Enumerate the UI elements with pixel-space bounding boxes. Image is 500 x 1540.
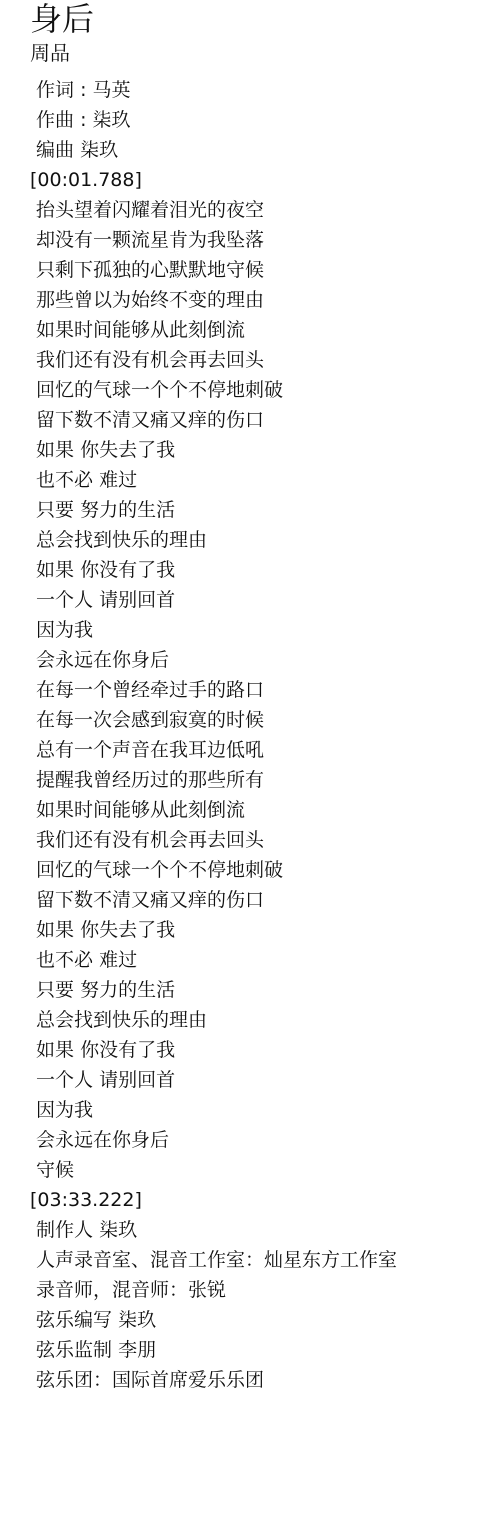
lyric-line: 如果时间能够从此刻倒流 [30, 795, 500, 825]
lyrics-body: 作词 : 马英 作曲 : 柒玖 编曲 柒玖[00:01.788] 抬头望着闪耀着… [30, 75, 500, 1395]
lyric-line: 弦乐团：国际首席爱乐乐团 [30, 1365, 500, 1395]
lyric-line: 制作人 柒玖 [30, 1215, 500, 1245]
lyric-line: 会永远在你身后 [30, 645, 500, 675]
lyric-line: 弦乐编写 柒玖 [30, 1305, 500, 1335]
lyric-line: 在每一个曾经牵过手的路口 [30, 675, 500, 705]
lyric-line: 录音师，混音师：张锐 [30, 1275, 500, 1305]
lyric-line: 留下数不清又痛又痒的伤口 [30, 405, 500, 435]
lyric-line: 作曲 : 柒玖 [30, 105, 500, 135]
lyric-line: 那些曾以为始终不变的理由 [30, 285, 500, 315]
lyric-line: 在每一次会感到寂寞的时候 [30, 705, 500, 735]
lyric-line: 回忆的气球一个个不停地刺破 [30, 375, 500, 405]
lyric-line: 弦乐监制 李朋 [30, 1335, 500, 1365]
lyric-line: 抬头望着闪耀着泪光的夜空 [30, 195, 500, 225]
lyric-line: 总有一个声音在我耳边低吼 [30, 735, 500, 765]
lyric-line: 如果 你失去了我 [30, 435, 500, 465]
lyric-line: 我们还有没有机会再去回头 [30, 825, 500, 855]
lyric-line: 却没有一颗流星肯为我坠落 [30, 225, 500, 255]
lyric-line: 回忆的气球一个个不停地刺破 [30, 855, 500, 885]
lyric-line: 也不必 难过 [30, 465, 500, 495]
lyric-line: 只剩下孤独的心默默地守候 [30, 255, 500, 285]
lyric-line: 作词 : 马英 [30, 75, 500, 105]
lyric-line: 留下数不清又痛又痒的伤口 [30, 885, 500, 915]
lyric-line: 只要 努力的生活 [30, 975, 500, 1005]
lyric-line: 总会找到快乐的理由 [30, 1005, 500, 1035]
lyric-line: 守候 [30, 1155, 500, 1185]
lyric-line: [03:33.222] [30, 1185, 500, 1215]
lyric-line: 如果 你没有了我 [30, 1035, 500, 1065]
lyric-line: 提醒我曾经历过的那些所有 [30, 765, 500, 795]
lyric-line: 如果 你失去了我 [30, 915, 500, 945]
lyric-line: 一个人 请别回首 [30, 1065, 500, 1095]
lyric-line: [00:01.788] [30, 165, 500, 195]
lyric-line: 因为我 [30, 1095, 500, 1125]
lyric-line: 总会找到快乐的理由 [30, 525, 500, 555]
artist-name: 周品 [30, 38, 500, 68]
lyric-line: 也不必 难过 [30, 945, 500, 975]
lyric-line: 人声录音室、混音工作室：灿星东方工作室 [30, 1245, 500, 1275]
lyric-line: 如果时间能够从此刻倒流 [30, 315, 500, 345]
lyrics-page: 身后 周品 作词 : 马英 作曲 : 柒玖 编曲 柒玖[00:01.788] 抬… [0, 0, 500, 1395]
song-title: 身后 [30, 0, 500, 38]
lyric-line: 只要 努力的生活 [30, 495, 500, 525]
lyric-line: 会永远在你身后 [30, 1125, 500, 1155]
lyric-line: 一个人 请别回首 [30, 585, 500, 615]
lyric-line: 编曲 柒玖 [30, 135, 500, 165]
lyric-line: 我们还有没有机会再去回头 [30, 345, 500, 375]
lyric-line: 如果 你没有了我 [30, 555, 500, 585]
lyric-line: 因为我 [30, 615, 500, 645]
